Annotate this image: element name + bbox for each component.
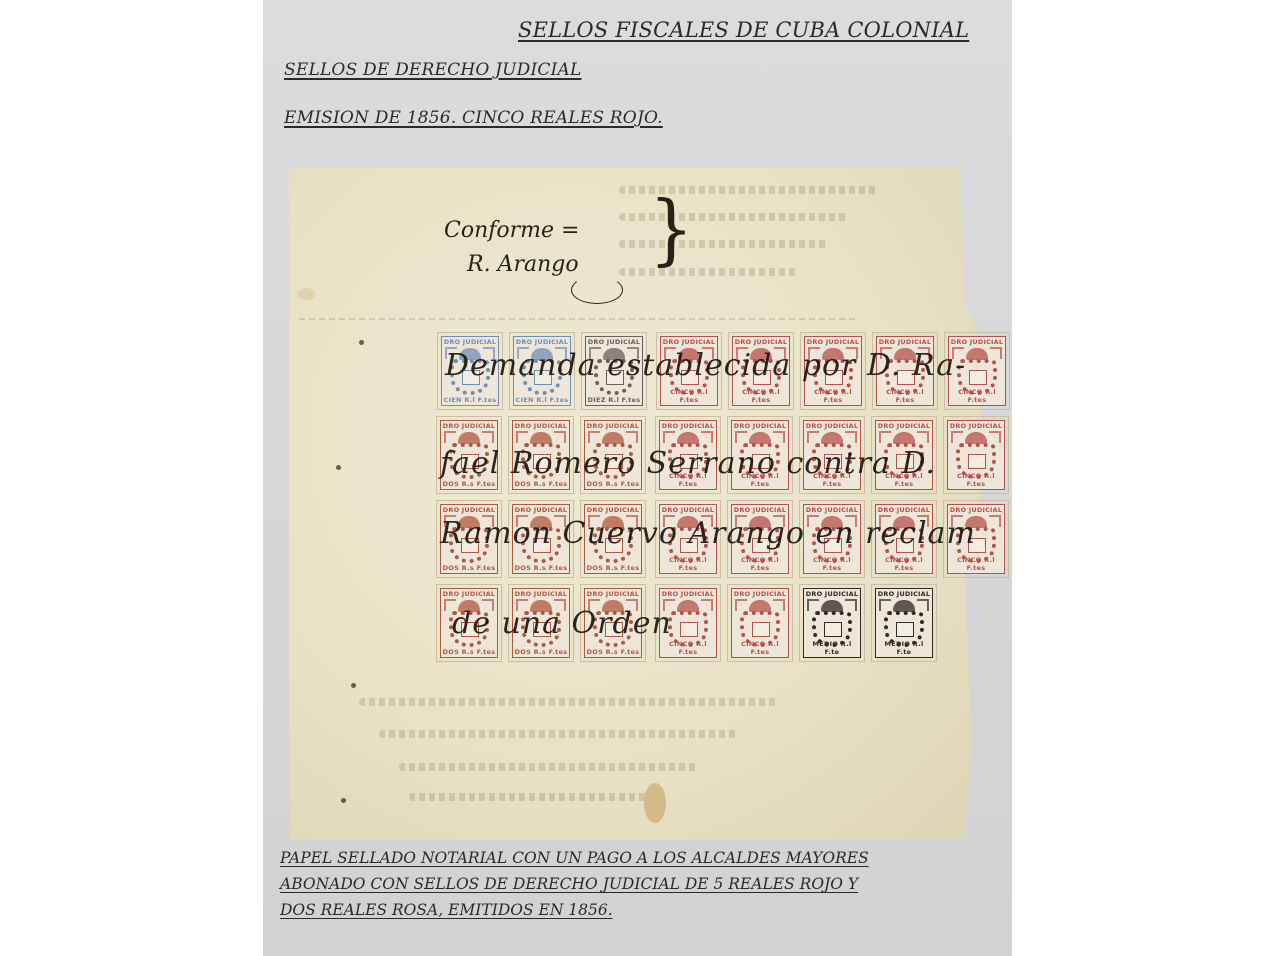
ornament-icon [879, 431, 891, 443]
page-caption: PAPEL SELLADO NOTARIAL CON UN PAGO A LOS… [280, 845, 1000, 923]
caption-line: DOS REALES ROSA, EMITIDOS EN 1856. [280, 897, 1000, 923]
ornament-icon [444, 431, 456, 443]
ornament-icon [807, 431, 819, 443]
stamp-value: DOS R.s F.tes [513, 648, 569, 656]
page-subtitle: SELLOS DE DERECHO JUDICIAL [284, 60, 581, 80]
manuscript-line: fael Romero Serrano contra D. [440, 446, 936, 481]
ornament-icon [989, 431, 1001, 443]
stamp-header: DRO JUDICIAL [877, 338, 933, 346]
ornament-icon [735, 431, 747, 443]
stamp-header: DRO JUDICIAL [948, 422, 1004, 430]
manuscript-line: Demanda establecida por D. Ra- [445, 348, 966, 383]
stamp-value: CIEN R.l F.tes [442, 396, 498, 404]
ornament-icon [807, 599, 819, 611]
ink-dot [351, 683, 356, 688]
ornament-icon [845, 599, 857, 611]
ornament-icon [554, 431, 566, 443]
stamp-header: DRO JUDICIAL [732, 590, 788, 598]
ornament-icon [917, 431, 929, 443]
stamp-header: DRO JUDICIAL [441, 422, 497, 430]
faded-text-line [359, 698, 779, 706]
caption-line: PAPEL SELLADO NOTARIAL CON UN PAGO A LOS… [280, 845, 1000, 871]
stamp-header: DRO JUDICIAL [441, 590, 497, 598]
stamp-header: DRO JUDICIAL [733, 338, 789, 346]
stamp-value: CINCO R.l F.tes [948, 472, 1004, 488]
stamp-header: DRO JUDICIAL [660, 590, 716, 598]
stamp-value: CINCO R.l F.tes [948, 556, 1004, 572]
ornament-icon [989, 515, 1001, 527]
stamp-header: DRO JUDICIAL [876, 422, 932, 430]
ornament-icon [845, 431, 857, 443]
stamp-value: CINCO R.l F.tes [732, 640, 788, 656]
stamp-value: CINCO R.l F.tes [660, 556, 716, 572]
stamp-header: DRO JUDICIAL [585, 506, 641, 514]
ornament-icon [735, 599, 747, 611]
stamp-value: CINCO R.l F.tes [877, 388, 933, 404]
stamp-header: DRO JUDICIAL [513, 422, 569, 430]
stamp-header: DRO JUDICIAL [804, 590, 860, 598]
annotation-signature: R. Arango [467, 252, 579, 277]
stamp-header: DRO JUDICIAL [513, 506, 569, 514]
stamp-header: DRO JUDICIAL [585, 590, 641, 598]
ornament-icon [879, 599, 891, 611]
stamp-value: DOS R.s F.tes [585, 564, 641, 572]
ornament-icon [701, 431, 713, 443]
stamp-value: MEDIO R.l F.te [804, 640, 860, 656]
ornament-icon [990, 347, 1002, 359]
manuscript-line: Ramon Cuervo Arango en reclam [440, 516, 976, 551]
manuscript-line: de una Orden [452, 606, 672, 641]
faded-text-line [399, 763, 699, 771]
stamp-medio: DRO JUDICIALMEDIO R.l F.te [871, 584, 937, 662]
stamp-value: MEDIO R.l F.te [876, 640, 932, 656]
stamp-cinco: DRO JUDICIALCINCO R.l F.tes [943, 416, 1009, 494]
stamp-value: DOS R.s F.tes [513, 480, 569, 488]
stamp-value: CINCO R.l F.tes [805, 388, 861, 404]
stamp-value: CINCO R.l F.tes [660, 640, 716, 656]
stamp-header: DRO JUDICIAL [442, 338, 498, 346]
ornament-icon [951, 431, 963, 443]
stamp-header: DRO JUDICIAL [804, 422, 860, 430]
ornament-icon [701, 599, 713, 611]
stamp-value: DOS R.s F.tes [441, 480, 497, 488]
stamp-value: DOS R.s F.tes [585, 648, 641, 656]
faded-text-line [409, 793, 649, 801]
stamp-value: DIEZ R.l F.tes [586, 396, 642, 404]
signature-flourish [571, 276, 623, 304]
stamp-header: DRO JUDICIAL [585, 422, 641, 430]
caption-line: ABONADO CON SELLOS DE DERECHO JUDICIAL D… [280, 871, 1000, 897]
issue-heading: EMISION DE 1856. CINCO REALES ROJO. [284, 108, 663, 128]
stamp-header: DRO JUDICIAL [732, 422, 788, 430]
stamp-header: DRO JUDICIAL [732, 506, 788, 514]
stamp-header: DRO JUDICIAL [661, 338, 717, 346]
ink-dot [336, 465, 341, 470]
foxing-stain [644, 783, 666, 823]
stamp-value: DOS R.s F.tes [441, 648, 497, 656]
faded-text-line [619, 268, 799, 276]
stamp-value: CINCO R.l F.tes [661, 388, 717, 404]
stamp-header: DRO JUDICIAL [441, 506, 497, 514]
ink-dot [359, 340, 364, 345]
ornament-icon [663, 431, 675, 443]
ornament-icon [516, 431, 528, 443]
stamp-medio: DRO JUDICIALMEDIO R.l F.te [799, 584, 865, 662]
stamp-value: CINCO R.l F.tes [949, 388, 1005, 404]
stamp-header: DRO JUDICIAL [876, 590, 932, 598]
faded-rule [299, 318, 859, 320]
stamp-header: DRO JUDICIAL [876, 506, 932, 514]
brace-mark: } [649, 184, 694, 274]
stamp-header: DRO JUDICIAL [660, 422, 716, 430]
page-title: SELLOS FISCALES DE CUBA COLONIAL [518, 18, 969, 42]
stamp-value: CINCO R.l F.tes [876, 556, 932, 572]
stamp-header: DRO JUDICIAL [805, 338, 861, 346]
stamp-header: DRO JUDICIAL [586, 338, 642, 346]
ornament-icon [773, 599, 785, 611]
stamp-value: CINCO R.l F.tes [804, 556, 860, 572]
stamp-value: CIEN R.l F.tes [514, 396, 570, 404]
stamp-header: DRO JUDICIAL [804, 506, 860, 514]
stamp-value: DOS R.s F.tes [513, 564, 569, 572]
stamp-header: DRO JUDICIAL [949, 338, 1005, 346]
stamp-cinco: DRO JUDICIALCINCO R.l F.tes [727, 584, 793, 662]
stamp-frame: DRO JUDICIALMEDIO R.l F.te [875, 588, 933, 658]
ornament-icon [588, 431, 600, 443]
stamp-value: DOS R.s F.tes [585, 480, 641, 488]
stamp-header: DRO JUDICIAL [948, 506, 1004, 514]
stamp-frame: DRO JUDICIALCINCO R.l F.tes [731, 588, 789, 658]
stamp-value: DOS R.s F.tes [441, 564, 497, 572]
stamp-header: DRO JUDICIAL [660, 506, 716, 514]
ornament-icon [626, 431, 638, 443]
ornament-icon [482, 431, 494, 443]
annotation-line: Conforme = [444, 218, 579, 243]
stamp-value: CINCO R.l F.tes [732, 556, 788, 572]
ornament-icon [917, 599, 929, 611]
stamp-header: DRO JUDICIAL [513, 590, 569, 598]
faded-text-line [379, 730, 739, 738]
stamp-frame: DRO JUDICIALCINCO R.l F.tes [947, 420, 1005, 490]
foxing-stain [297, 288, 315, 300]
stamp-frame: DRO JUDICIALMEDIO R.l F.te [803, 588, 861, 658]
stamp-value: CINCO R.l F.tes [733, 388, 789, 404]
ink-dot [341, 798, 346, 803]
stamp-header: DRO JUDICIAL [514, 338, 570, 346]
ornament-icon [773, 431, 785, 443]
